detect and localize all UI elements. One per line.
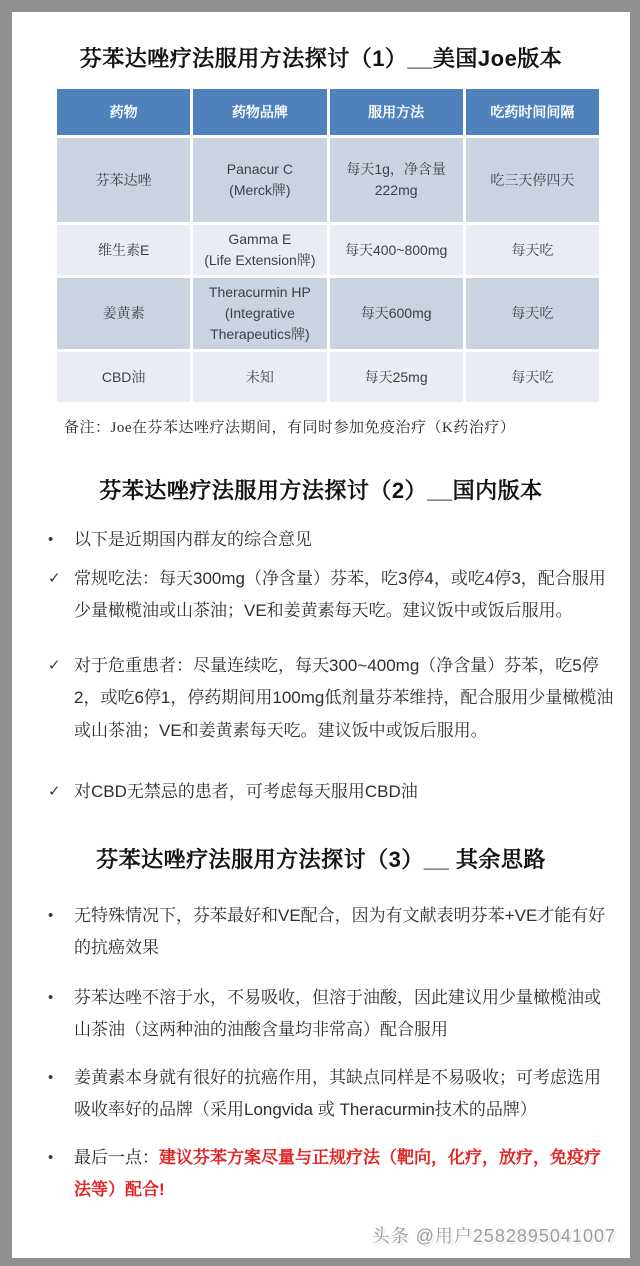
table-header-cell-method: 服用方法	[330, 89, 463, 135]
table-header-cell-drug: 药物	[57, 89, 190, 135]
table-cell: 吃三天停四天	[466, 138, 599, 222]
dot-bullet-icon: •	[48, 1062, 74, 1094]
final-point-prefix: 最后一点：	[74, 1148, 159, 1167]
check-bullet-icon: ✓	[48, 563, 74, 595]
table-row: 姜黄素 Theracurmin HP (Integrative Therapeu…	[57, 278, 599, 349]
section3-title: 芬苯达唑疗法服用方法探讨（3）__ 其余思路	[12, 843, 630, 874]
drug-table-body: 芬苯达唑 Panacur C (Merck牌) 每天1g，净含量 222mg 吃…	[57, 138, 599, 402]
table-row: 芬苯达唑 Panacur C (Merck牌) 每天1g，净含量 222mg 吃…	[57, 138, 599, 222]
table-header-row: 药物 药物品牌 服用方法 吃药时间间隔	[57, 89, 599, 135]
list-item-text: 无特殊情况下，芬苯最好和VE配合，因为有文献表明芬苯+VE才能有好的抗癌效果	[74, 900, 614, 965]
table-cell: 每天吃	[466, 278, 599, 349]
list-item: • 无特殊情况下，芬苯最好和VE配合，因为有文献表明芬苯+VE才能有好的抗癌效果	[48, 900, 614, 965]
table-footnote: 备注：Joe在芬苯达唑疗法期间，有同时参加免疫治疗（K药治疗）	[64, 416, 515, 437]
section1-title: 芬苯达唑疗法服用方法探讨（1）__美国Joe版本	[12, 42, 630, 73]
table-cell: 每天400~800mg	[330, 225, 463, 275]
table-cell: 每天600mg	[330, 278, 463, 349]
list-item: • 姜黄素本身就有很好的抗癌作用，其缺点同样是不易吸收；可考虑选用吸收率好的品牌…	[48, 1062, 614, 1127]
list-item: • 芬苯达唑不溶于水，不易吸收，但溶于油酸，因此建议用少量橄榄油或山茶油（这两种…	[48, 982, 614, 1047]
table-cell: 未知	[193, 352, 326, 402]
list-item: • 以下是近期国内群友的综合意见	[48, 524, 614, 556]
list-item: • 最后一点：建议芬苯方案尽量与正规疗法（靶向，化疗，放疗，免疫疗法等）配合!	[48, 1142, 614, 1207]
list-item: ✓ 对于危重患者：尽量连续吃，每天300~400mg（净含量）芬苯，吃5停2，或…	[48, 650, 614, 747]
list-item-text: 芬苯达唑不溶于水，不易吸收，但溶于油酸，因此建议用少量橄榄油或山茶油（这两种油的…	[74, 982, 614, 1047]
section2-title: 芬苯达唑疗法服用方法探讨（2）__国内版本	[12, 474, 630, 505]
page-frame: 芬苯达唑疗法服用方法探讨（1）__美国Joe版本 药物 药物品牌 服用方法 吃药…	[0, 0, 640, 1266]
table-cell: Panacur C (Merck牌)	[193, 138, 326, 222]
table-cell: 每天25mg	[330, 352, 463, 402]
table-row: 维生素E Gamma E (Life Extension牌) 每天400~800…	[57, 225, 599, 275]
document-card: 芬苯达唑疗法服用方法探讨（1）__美国Joe版本 药物 药物品牌 服用方法 吃药…	[12, 12, 630, 1258]
check-bullet-icon: ✓	[48, 650, 74, 682]
list-item-text: 对于危重患者：尽量连续吃，每天300~400mg（净含量）芬苯，吃5停2，或吃6…	[74, 650, 614, 747]
table-cell: 芬苯达唑	[57, 138, 190, 222]
list-item-text: 姜黄素本身就有很好的抗癌作用，其缺点同样是不易吸收；可考虑选用吸收率好的品牌（采…	[74, 1062, 614, 1127]
list-item: ✓ 对CBD无禁忌的患者，可考虑每天服用CBD油	[48, 776, 614, 808]
table-cell: 每天吃	[466, 225, 599, 275]
list-item-text: 以下是近期国内群友的综合意见	[74, 524, 614, 556]
table-cell: CBD油	[57, 352, 190, 402]
list-item: ✓ 常规吃法：每天300mg（净含量）芬苯，吃3停4，或吃4停3，配合服用少量橄…	[48, 563, 614, 628]
dot-bullet-icon: •	[48, 982, 74, 1014]
table-cell: Gamma E (Life Extension牌)	[193, 225, 326, 275]
toutiao-user-watermark: 头条 @用户2582895041007	[372, 1222, 616, 1248]
table-cell: 维生素E	[57, 225, 190, 275]
list-item-text: 最后一点：建议芬苯方案尽量与正规疗法（靶向，化疗，放疗，免疫疗法等）配合!	[74, 1142, 614, 1207]
table-cell: 每天吃	[466, 352, 599, 402]
table-cell: 姜黄素	[57, 278, 190, 349]
table-header-cell-brand: 药物品牌	[193, 89, 326, 135]
list-item-text: 对CBD无禁忌的患者，可考虑每天服用CBD油	[74, 776, 614, 808]
dot-bullet-icon: •	[48, 900, 74, 932]
table-cell: Theracurmin HP (Integrative Therapeutics…	[193, 278, 326, 349]
list-item-text: 常规吃法：每天300mg（净含量）芬苯，吃3停4，或吃4停3，配合服用少量橄榄油…	[74, 563, 614, 628]
dot-bullet-icon: •	[48, 1142, 74, 1174]
check-bullet-icon: ✓	[48, 776, 74, 808]
table-row: CBD油 未知 每天25mg 每天吃	[57, 352, 599, 402]
drug-table-head: 药物 药物品牌 服用方法 吃药时间间隔	[57, 89, 599, 135]
dot-bullet-icon: •	[48, 524, 74, 556]
table-cell: 每天1g，净含量 222mg	[330, 138, 463, 222]
drug-table: 药物 药物品牌 服用方法 吃药时间间隔 芬苯达唑 Panacur C (Merc…	[54, 86, 602, 405]
table-header-cell-interval: 吃药时间间隔	[466, 89, 599, 135]
